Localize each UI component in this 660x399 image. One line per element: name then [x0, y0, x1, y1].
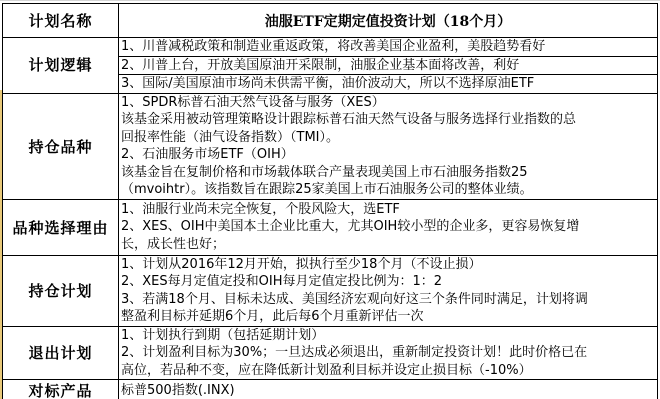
selection-reason-label: 品种选择理由 — [12, 219, 108, 237]
position-plan-label: 持仓计划 — [28, 282, 92, 300]
plan-title-cell[interactable]: 油服ETF定期定值投资计划（18个月） — [119, 4, 658, 38]
investment-plan-table: 计划名称 油服ETF定期定值投资计划（18个月） 计划逻辑 1、川普减税政策和制… — [2, 3, 658, 399]
benchmark-value: 标普500指数(.INX) — [121, 383, 235, 398]
holdings-line: 该基金旨在复制价格和市场载体联合产量表现美国上市石油服务指数25 — [121, 164, 657, 182]
logic-item-cell[interactable]: 2、川普上台，开放美国原油开采限制，油服企业基本面将改善，利好 — [119, 56, 658, 75]
benchmark-value-cell[interactable]: 标普500指数(.INX) — [119, 380, 658, 399]
position-plan-row: 持仓计划 1、计划从2016年12月开始，拟执行至少18个月（不设止损） 2、X… — [3, 255, 658, 326]
holdings-line: 1、SPDR标普石油天然气设备与服务（XES） — [121, 94, 657, 112]
holdings-content-cell[interactable]: 1、SPDR标普石油天然气设备与服务（XES） 该基金采用被动管理策略设计跟踪标… — [119, 93, 658, 199]
holdings-label: 持仓品种 — [28, 138, 92, 156]
selection-reason-row: 品种选择理由 1、油服行业尚未完全恢复，个股风险大，选ETF 2、XES、OIH… — [3, 199, 658, 255]
plan-name-label-cell[interactable]: 计划名称 — [3, 4, 119, 38]
logic-item: 3、国际/美国原油市场尚未供需平衡，油价波动大，所以不选择原油ETF — [121, 76, 534, 91]
selection-reason-label-cell[interactable]: 品种选择理由 — [3, 199, 119, 255]
reason-line: 长，成长性也好； — [121, 236, 657, 254]
position-plan-line: 整盈利目标并延期6个月，此后每6个月重新评估一次 — [121, 308, 657, 326]
exit-plan-label-cell[interactable]: 退出计划 — [3, 326, 119, 380]
plan-logic-label: 计划逻辑 — [28, 56, 92, 74]
holdings-line: 该基金采用被动管理策略设计跟踪标普石油天然气设备与服务选择行业指数的总 — [121, 111, 657, 129]
plan-title: 油服ETF定期定值投资计划（18个月） — [265, 14, 512, 30]
logic-item-cell[interactable]: 1、川普减税政策和制造业重返政策，将改善美国企业盈利，美股趋势看好 — [119, 38, 658, 57]
exit-plan-line: 高位，若品种不变，应在降低新计划盈利目标并设定止损目标（-10%） — [121, 362, 657, 380]
exit-plan-line: 1、计划执行到期（包括延期计划） — [121, 327, 657, 345]
position-plan-line: 3、若满18个月、目标未达成、美国经济宏观向好这三个条件同时满足，计划将调 — [121, 291, 657, 309]
exit-plan-row: 退出计划 1、计划执行到期（包括延期计划） 2、计划盈利目标为30%；一旦达成必… — [3, 326, 658, 380]
exit-plan-line: 2、计划盈利目标为30%；一旦达成必须退出，重新制定投资计划！此时价格已在 — [121, 344, 657, 362]
holdings-label-cell[interactable]: 持仓品种 — [3, 93, 119, 199]
exit-plan-label: 退出计划 — [28, 344, 92, 362]
position-plan-label-cell[interactable]: 持仓计划 — [3, 255, 119, 326]
benchmark-label-cell[interactable]: 对标产品 — [3, 380, 119, 399]
grid-line — [0, 0, 660, 1]
benchmark-row: 对标产品 标普500指数(.INX) — [3, 380, 658, 399]
holdings-row: 持仓品种 1、SPDR标普石油天然气设备与服务（XES） 该基金采用被动管理策略… — [3, 93, 658, 199]
plan-logic-label-cell[interactable]: 计划逻辑 — [3, 38, 119, 94]
selection-reason-content-cell[interactable]: 1、油服行业尚未完全恢复，个股风险大，选ETF 2、XES、OIH中美国本土企业… — [119, 199, 658, 255]
position-plan-line: 2、XES每月定值定投和OIH每月定值定投比例为：1：2 — [121, 273, 657, 291]
logic-item: 1、川普减税政策和制造业重返政策，将改善美国企业盈利，美股趋势看好 — [121, 39, 545, 54]
reason-line: 1、油服行业尚未完全恢复，个股风险大，选ETF — [121, 201, 657, 219]
holdings-line: （mvoihtr）。该指数旨在跟踪25家美国上市石油服务公司的整体业绩。 — [121, 181, 657, 199]
holdings-line: 2、石油服务市场ETF（OIH） — [121, 146, 657, 164]
plan-name-label: 计划名称 — [28, 12, 92, 30]
logic-item-cell[interactable]: 3、国际/美国原油市场尚未供需平衡，油价波动大，所以不选择原油ETF — [119, 75, 658, 94]
spreadsheet: 计划名称 油服ETF定期定值投资计划（18个月） 计划逻辑 1、川普减税政策和制… — [0, 0, 660, 399]
header-row: 计划名称 油服ETF定期定值投资计划（18个月） — [3, 4, 658, 38]
position-plan-line: 1、计划从2016年12月开始，拟执行至少18个月（不设止损） — [121, 256, 657, 274]
exit-plan-content-cell[interactable]: 1、计划执行到期（包括延期计划） 2、计划盈利目标为30%；一旦达成必须退出，重… — [119, 326, 658, 380]
reason-line: 2、XES、OIH中美国本土企业比重大，尤其OIH较小型的企业多，更容易恢复增 — [121, 218, 657, 236]
holdings-line: 回报率性能（油气设备指数）（TMI）。 — [121, 129, 657, 147]
logic-item: 2、川普上台，开放美国原油开采限制，油服企业基本面将改善，利好 — [121, 58, 519, 73]
logic-row: 计划逻辑 1、川普减税政策和制造业重返政策，将改善美国企业盈利，美股趋势看好 — [3, 38, 658, 57]
position-plan-content-cell[interactable]: 1、计划从2016年12月开始，拟执行至少18个月（不设止损） 2、XES每月定… — [119, 255, 658, 326]
benchmark-label: 对标产品 — [28, 382, 92, 399]
